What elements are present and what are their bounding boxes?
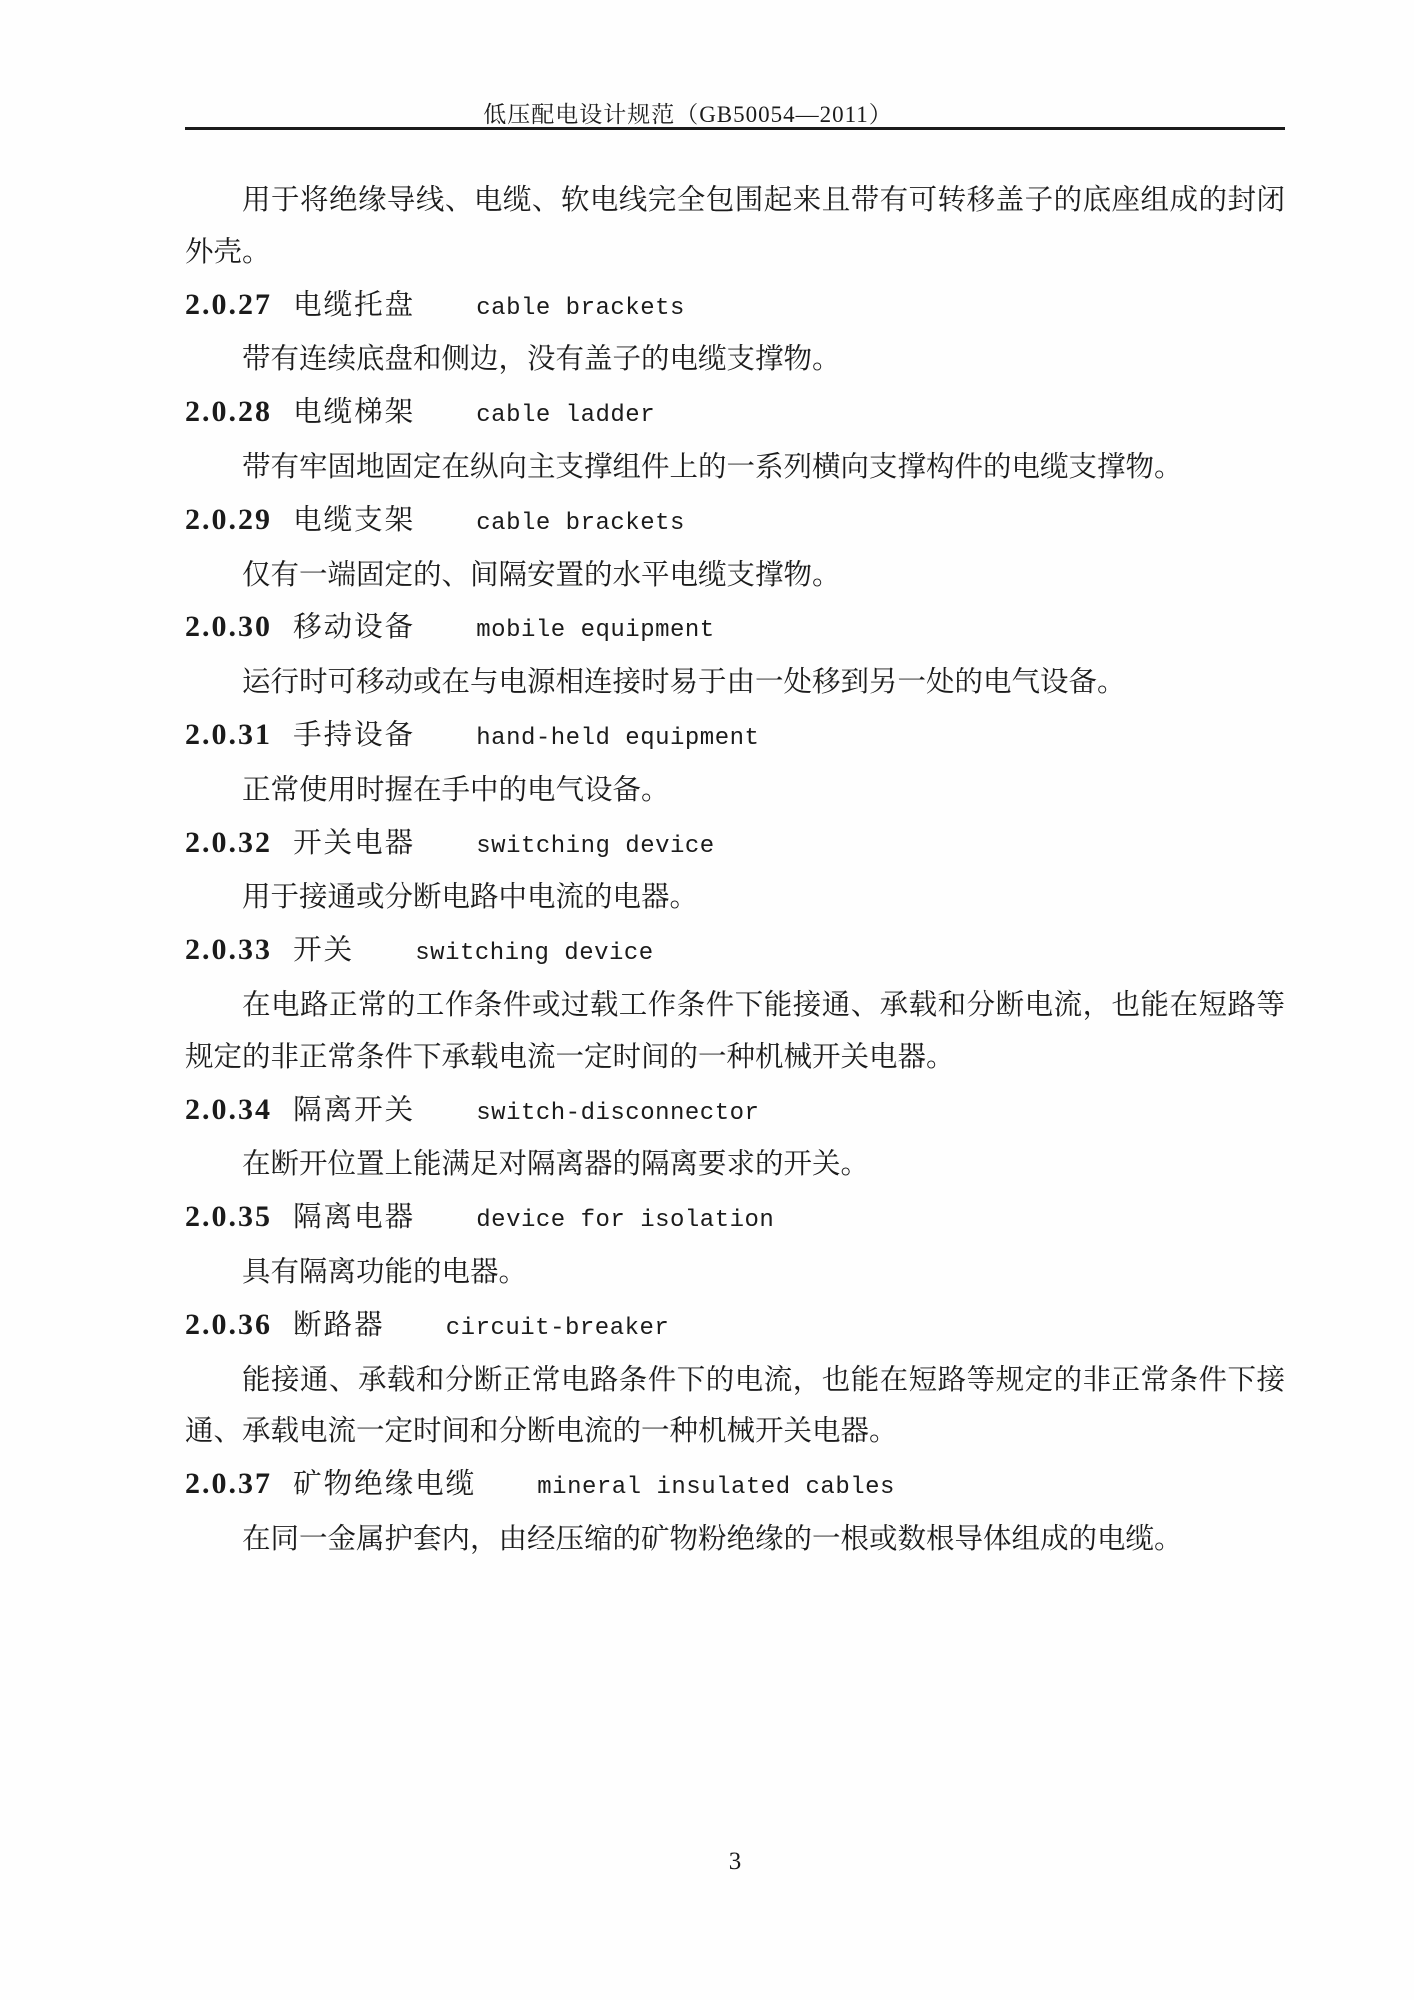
term-definition: 在同一金属护套内，由经压缩的矿物粉绝缘的一根或数根导体组成的电缆。 [185, 1514, 1285, 1566]
term-english: mobile equipment [476, 617, 714, 644]
term-heading: 2.0.30 移动设备 mobile equipment [185, 601, 1285, 657]
term-entry: 2.0.27 电缆托盘 cable brackets 带有连续底盘和侧边，没有盖… [185, 279, 1285, 387]
page-header: 低压配电设计规范（GB50054—2011） [0, 96, 1376, 129]
term-definition: 用于接通或分断电路中电流的电器。 [185, 872, 1285, 924]
term-entry: 2.0.28 电缆梯架 cable ladder 带有牢固地固定在纵向主支撑组件… [185, 386, 1285, 494]
clause-number: 2.0.33 [185, 933, 272, 966]
clause-number: 2.0.30 [185, 610, 272, 643]
term-entry: 2.0.32 开关电器 switching device 用于接通或分断电路中电… [185, 817, 1285, 925]
term-chinese: 手持设备 [293, 720, 415, 751]
term-heading: 2.0.28 电缆梯架 cable ladder [185, 386, 1285, 442]
term-definition: 在断开位置上能满足对隔离器的隔离要求的开关。 [185, 1139, 1285, 1191]
clause-number: 2.0.27 [185, 288, 272, 321]
term-entry: 2.0.31 手持设备 hand-held equipment 正常使用时握在手… [185, 709, 1285, 817]
term-chinese: 移动设备 [293, 612, 415, 643]
term-english: device for isolation [476, 1207, 774, 1234]
term-english: mineral insulated cables [537, 1474, 895, 1501]
term-heading: 2.0.34 隔离开关 switch-disconnector [185, 1084, 1285, 1140]
term-chinese: 电缆托盘 [293, 290, 415, 321]
clause-number: 2.0.37 [185, 1467, 272, 1500]
term-english: hand-held equipment [476, 725, 759, 752]
term-chinese: 电缆支架 [293, 505, 415, 536]
clause-number: 2.0.28 [185, 395, 272, 428]
term-definition: 带有连续底盘和侧边，没有盖子的电缆支撑物。 [185, 334, 1285, 386]
term-definition: 在电路正常的工作条件或过载工作条件下能接通、承载和分断电流，也能在短路等规定的非… [185, 980, 1285, 1084]
clause-number: 2.0.29 [185, 503, 272, 536]
term-heading: 2.0.32 开关电器 switching device [185, 817, 1285, 873]
term-chinese: 电缆梯架 [293, 397, 415, 428]
term-definition: 能接通、承载和分断正常电路条件下的电流，也能在短路等规定的非正常条件下接通、承载… [185, 1355, 1285, 1459]
term-heading: 2.0.37 矿物绝缘电缆 mineral insulated cables [185, 1458, 1285, 1514]
term-entry: 2.0.34 隔离开关 switch-disconnector 在断开位置上能满… [185, 1084, 1285, 1192]
term-heading: 2.0.27 电缆托盘 cable brackets [185, 279, 1285, 335]
term-entry: 2.0.29 电缆支架 cable brackets 仅有一端固定的、间隔安置的… [185, 494, 1285, 602]
term-heading: 2.0.31 手持设备 hand-held equipment [185, 709, 1285, 765]
definition-continued: 用于将绝缘导线、电缆、软电线完全包围起来且带有可转移盖子的底座组成的封闭外壳。 [185, 175, 1285, 279]
term-english: cable ladder [476, 402, 655, 429]
terms-section: 用于将绝缘导线、电缆、软电线完全包围起来且带有可转移盖子的底座组成的封闭外壳。 … [185, 175, 1285, 1566]
term-entry: 2.0.36 断路器 circuit-breaker 能接通、承载和分断正常电路… [185, 1299, 1285, 1458]
document-page: 低压配电设计规范（GB50054—2011） 用于将绝缘导线、电缆、软电线完全包… [0, 0, 1414, 2000]
term-chinese: 隔离电器 [293, 1202, 415, 1233]
page-number: 3 [729, 1848, 742, 1875]
term-definition: 带有牢固地固定在纵向主支撑组件上的一系列横向支撑构件的电缆支撑物。 [185, 442, 1285, 494]
term-heading: 2.0.36 断路器 circuit-breaker [185, 1299, 1285, 1355]
term-definition: 运行时可移动或在与电源相连接时易于由一处移到另一处的电气设备。 [185, 657, 1285, 709]
term-english: switching device [476, 833, 714, 860]
term-entry: 2.0.30 移动设备 mobile equipment 运行时可移动或在与电源… [185, 601, 1285, 709]
term-heading: 2.0.29 电缆支架 cable brackets [185, 494, 1285, 550]
term-entries: 2.0.27 电缆托盘 cable brackets 带有连续底盘和侧边，没有盖… [185, 279, 1285, 1566]
term-definition: 仅有一端固定的、间隔安置的水平电缆支撑物。 [185, 550, 1285, 602]
clause-number: 2.0.34 [185, 1093, 272, 1126]
term-heading: 2.0.33 开关 switching device [185, 924, 1285, 980]
clause-number: 2.0.36 [185, 1308, 272, 1341]
term-chinese: 断路器 [293, 1310, 385, 1341]
term-chinese: 开关电器 [293, 828, 415, 859]
clause-number: 2.0.35 [185, 1200, 272, 1233]
clause-number: 2.0.31 [185, 718, 272, 751]
page-footer: 3 [185, 1848, 1285, 1876]
term-chinese: 矿物绝缘电缆 [293, 1469, 476, 1500]
term-english: cable brackets [476, 510, 685, 537]
term-heading: 2.0.35 隔离电器 device for isolation [185, 1191, 1285, 1247]
header-title: 低压配电设计规范（GB50054—2011） [483, 102, 893, 127]
term-entry: 2.0.33 开关 switching device 在电路正常的工作条件或过载… [185, 924, 1285, 1083]
term-chinese: 开关 [293, 935, 354, 966]
term-definition: 正常使用时握在手中的电气设备。 [185, 765, 1285, 817]
header-rule [185, 127, 1285, 130]
term-entry: 2.0.37 矿物绝缘电缆 mineral insulated cables 在… [185, 1458, 1285, 1566]
term-english: cable brackets [476, 295, 685, 322]
clause-number: 2.0.32 [185, 826, 272, 859]
term-english: switch-disconnector [476, 1100, 759, 1127]
term-definition: 具有隔离功能的电器。 [185, 1247, 1285, 1299]
term-english: circuit-breaker [446, 1315, 670, 1342]
term-chinese: 隔离开关 [293, 1095, 415, 1126]
term-english: switching device [415, 940, 653, 967]
term-entry: 2.0.35 隔离电器 device for isolation 具有隔离功能的… [185, 1191, 1285, 1299]
